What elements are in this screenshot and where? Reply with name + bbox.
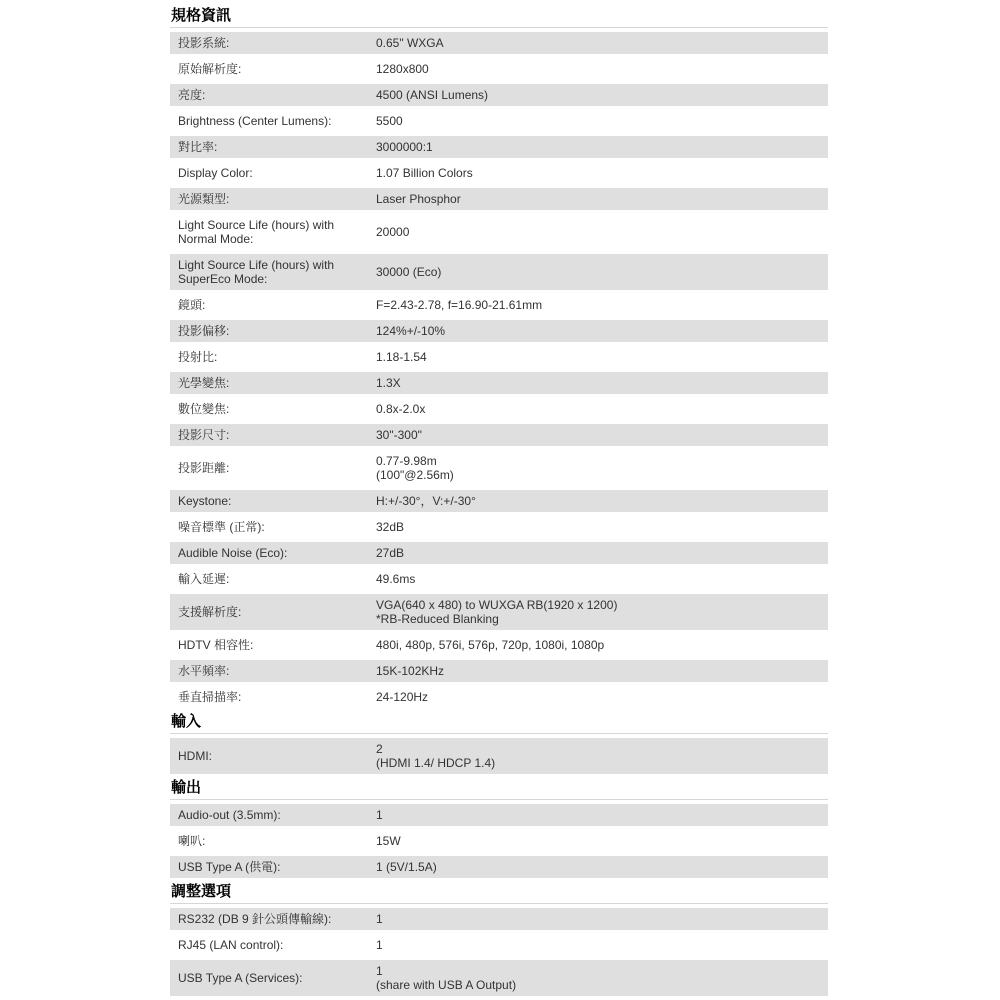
spec-row: USB Type A (Services): 1 (share with USB… bbox=[170, 960, 828, 996]
spec-row: 輸入延遲: 49.6ms bbox=[170, 568, 828, 590]
spec-value: 1280x800 bbox=[376, 62, 820, 76]
spec-section: 輸出 Audio-out (3.5mm): 1 喇叭: 15W USB Type… bbox=[170, 780, 828, 878]
spec-label: Audible Noise (Eco): bbox=[178, 546, 376, 560]
spec-value: 24-120Hz bbox=[376, 690, 820, 704]
spec-row: 光源類型: Laser Phosphor bbox=[170, 188, 828, 210]
spec-value-line: Laser Phosphor bbox=[376, 192, 820, 206]
spec-row: Light Source Life (hours) with SuperEco … bbox=[170, 254, 828, 290]
spec-row: RS232 (DB 9 針公頭傳輸線): 1 bbox=[170, 908, 828, 930]
spec-label: HDTV 相容性: bbox=[178, 638, 376, 652]
spec-label: 噪音標準 (正常): bbox=[178, 520, 376, 534]
spec-value-line: 32dB bbox=[376, 520, 820, 534]
spec-row: 鏡頭: F=2.43-2.78, f=16.90-21.61mm bbox=[170, 294, 828, 316]
spec-row: 噪音標準 (正常): 32dB bbox=[170, 516, 828, 538]
spec-value: 124%+/-10% bbox=[376, 324, 820, 338]
spec-row: 投影偏移: 124%+/-10% bbox=[170, 320, 828, 342]
spec-value-line: 124%+/-10% bbox=[376, 324, 820, 338]
spec-label: 亮度: bbox=[178, 88, 376, 102]
spec-value: 20000 bbox=[376, 225, 820, 239]
spec-value: 1 bbox=[376, 938, 820, 952]
spec-value: 1.3X bbox=[376, 376, 820, 390]
spec-value-line: 1 bbox=[376, 912, 820, 926]
section-title: 輸入 bbox=[170, 714, 828, 734]
spec-row: HDTV 相容性: 480i, 480p, 576i, 576p, 720p, … bbox=[170, 634, 828, 656]
spec-row: Display Color: 1.07 Billion Colors bbox=[170, 162, 828, 184]
spec-value: 0.65" WXGA bbox=[376, 36, 820, 50]
spec-label: Audio-out (3.5mm): bbox=[178, 808, 376, 822]
spec-label: 投影偏移: bbox=[178, 324, 376, 338]
spec-value-line: 30"-300" bbox=[376, 428, 820, 442]
spec-label: Light Source Life (hours) with Normal Mo… bbox=[178, 218, 376, 246]
spec-label: USB Type A (Services): bbox=[178, 971, 376, 985]
spec-value: 480i, 480p, 576i, 576p, 720p, 1080i, 108… bbox=[376, 638, 820, 652]
spec-row: 對比率: 3000000:1 bbox=[170, 136, 828, 158]
spec-label: 投影尺寸: bbox=[178, 428, 376, 442]
spec-row: Audio-out (3.5mm): 1 bbox=[170, 804, 828, 826]
spec-label: USB Type A (供電): bbox=[178, 860, 376, 874]
spec-value: 1 bbox=[376, 912, 820, 926]
spec-value: VGA(640 x 480) to WUXGA RB(1920 x 1200) … bbox=[376, 598, 820, 626]
spec-label: RS232 (DB 9 針公頭傳輸線): bbox=[178, 912, 376, 926]
spec-label: HDMI: bbox=[178, 749, 376, 763]
section-rows: Audio-out (3.5mm): 1 喇叭: 15W USB Type A … bbox=[170, 804, 828, 878]
spec-section: 輸入 HDMI: 2 (HDMI 1.4/ HDCP 1.4) bbox=[170, 714, 828, 774]
section-rows: RS232 (DB 9 針公頭傳輸線): 1 RJ45 (LAN control… bbox=[170, 908, 828, 996]
spec-value-line: 1 bbox=[376, 964, 820, 978]
spec-label: Display Color: bbox=[178, 166, 376, 180]
spec-value-line: 0.65" WXGA bbox=[376, 36, 820, 50]
spec-page: 規格資訊 投影系統: 0.65" WXGA 原始解析度: 1280x800 亮度… bbox=[170, 8, 828, 996]
spec-value-line: 1 bbox=[376, 938, 820, 952]
spec-row: 光學變焦: 1.3X bbox=[170, 372, 828, 394]
spec-row: USB Type A (供電): 1 (5V/1.5A) bbox=[170, 856, 828, 878]
spec-row: 數位變焦: 0.8x-2.0x bbox=[170, 398, 828, 420]
spec-value: 32dB bbox=[376, 520, 820, 534]
spec-row: 投影系統: 0.65" WXGA bbox=[170, 32, 828, 54]
spec-value: 49.6ms bbox=[376, 572, 820, 586]
spec-value-line: 27dB bbox=[376, 546, 820, 560]
spec-row: 亮度: 4500 (ANSI Lumens) bbox=[170, 84, 828, 106]
spec-value-line: 2 bbox=[376, 742, 820, 756]
spec-value: 5500 bbox=[376, 114, 820, 128]
spec-row: HDMI: 2 (HDMI 1.4/ HDCP 1.4) bbox=[170, 738, 828, 774]
spec-row: 原始解析度: 1280x800 bbox=[170, 58, 828, 80]
spec-value: H:+/-30°，V:+/-30° bbox=[376, 494, 820, 508]
spec-label: Light Source Life (hours) with SuperEco … bbox=[178, 258, 376, 286]
spec-value: 3000000:1 bbox=[376, 140, 820, 154]
spec-row: 支援解析度: VGA(640 x 480) to WUXGA RB(1920 x… bbox=[170, 594, 828, 630]
section-rows: HDMI: 2 (HDMI 1.4/ HDCP 1.4) bbox=[170, 738, 828, 774]
spec-value-line: 4500 (ANSI Lumens) bbox=[376, 88, 820, 102]
spec-label: 支援解析度: bbox=[178, 605, 376, 619]
spec-value-line: 1 bbox=[376, 808, 820, 822]
spec-section: 規格資訊 投影系統: 0.65" WXGA 原始解析度: 1280x800 亮度… bbox=[170, 8, 828, 708]
spec-label: 鏡頭: bbox=[178, 298, 376, 312]
spec-value-line: H:+/-30°，V:+/-30° bbox=[376, 494, 820, 508]
spec-row: 喇叭: 15W bbox=[170, 830, 828, 852]
spec-row: 投影尺寸: 30"-300" bbox=[170, 424, 828, 446]
spec-value: 4500 (ANSI Lumens) bbox=[376, 88, 820, 102]
spec-value-line: 1280x800 bbox=[376, 62, 820, 76]
spec-value-line: 5500 bbox=[376, 114, 820, 128]
spec-value: 1 bbox=[376, 808, 820, 822]
spec-value: 27dB bbox=[376, 546, 820, 560]
section-rows: 投影系統: 0.65" WXGA 原始解析度: 1280x800 亮度: 450… bbox=[170, 32, 828, 708]
spec-label: 喇叭: bbox=[178, 834, 376, 848]
section-title: 輸出 bbox=[170, 780, 828, 800]
spec-value-line: F=2.43-2.78, f=16.90-21.61mm bbox=[376, 298, 820, 312]
spec-label: 投射比: bbox=[178, 350, 376, 364]
spec-section: 調整選項 RS232 (DB 9 針公頭傳輸線): 1 RJ45 (LAN co… bbox=[170, 884, 828, 996]
spec-value-line: 0.8x-2.0x bbox=[376, 402, 820, 416]
spec-label: 水平頻率: bbox=[178, 664, 376, 678]
spec-label: RJ45 (LAN control): bbox=[178, 938, 376, 952]
spec-value: 15W bbox=[376, 834, 820, 848]
spec-row: RJ45 (LAN control): 1 bbox=[170, 934, 828, 956]
spec-value: 0.8x-2.0x bbox=[376, 402, 820, 416]
spec-value-line: 24-120Hz bbox=[376, 690, 820, 704]
spec-label: 投影系統: bbox=[178, 36, 376, 50]
section-title: 規格資訊 bbox=[170, 8, 828, 28]
spec-value-line: 15K-102KHz bbox=[376, 664, 820, 678]
spec-value: 15K-102KHz bbox=[376, 664, 820, 678]
spec-value: 1 (5V/1.5A) bbox=[376, 860, 820, 874]
spec-value: 30000 (Eco) bbox=[376, 265, 820, 279]
spec-value: 30"-300" bbox=[376, 428, 820, 442]
spec-value: 0.77-9.98m (100"@2.56m) bbox=[376, 454, 820, 482]
spec-row: 垂直掃描率: 24-120Hz bbox=[170, 686, 828, 708]
spec-value-line: 1.07 Billion Colors bbox=[376, 166, 820, 180]
spec-label: 光學變焦: bbox=[178, 376, 376, 390]
spec-value-line: 1.3X bbox=[376, 376, 820, 390]
spec-value-line: 49.6ms bbox=[376, 572, 820, 586]
spec-row: 投射比: 1.18-1.54 bbox=[170, 346, 828, 368]
spec-value-line-2: *RB-Reduced Blanking bbox=[376, 612, 820, 626]
spec-value: 1.07 Billion Colors bbox=[376, 166, 820, 180]
spec-value: 1 (share with USB A Output) bbox=[376, 964, 820, 992]
spec-label: 輸入延遲: bbox=[178, 572, 376, 586]
spec-value-line-2: (share with USB A Output) bbox=[376, 978, 820, 992]
section-title: 調整選項 bbox=[170, 884, 828, 904]
spec-value: F=2.43-2.78, f=16.90-21.61mm bbox=[376, 298, 820, 312]
spec-value-line: 20000 bbox=[376, 225, 820, 239]
spec-value-line: 1 (5V/1.5A) bbox=[376, 860, 820, 874]
spec-value-line-2: (HDMI 1.4/ HDCP 1.4) bbox=[376, 756, 820, 770]
spec-value-line: 480i, 480p, 576i, 576p, 720p, 1080i, 108… bbox=[376, 638, 820, 652]
spec-label: Keystone: bbox=[178, 494, 376, 508]
spec-value-line: VGA(640 x 480) to WUXGA RB(1920 x 1200) bbox=[376, 598, 820, 612]
spec-value-line: 1.18-1.54 bbox=[376, 350, 820, 364]
spec-row: 水平頻率: 15K-102KHz bbox=[170, 660, 828, 682]
spec-row: 投影距離: 0.77-9.98m (100"@2.56m) bbox=[170, 450, 828, 486]
spec-value: Laser Phosphor bbox=[376, 192, 820, 206]
spec-value-line: 15W bbox=[376, 834, 820, 848]
spec-row: Brightness (Center Lumens): 5500 bbox=[170, 110, 828, 132]
spec-label: 投影距離: bbox=[178, 461, 376, 475]
spec-value-line: 0.77-9.98m bbox=[376, 454, 820, 468]
spec-value-line: 30000 (Eco) bbox=[376, 265, 820, 279]
spec-label: 數位變焦: bbox=[178, 402, 376, 416]
spec-label: 對比率: bbox=[178, 140, 376, 154]
spec-label: 光源類型: bbox=[178, 192, 376, 206]
spec-row: Light Source Life (hours) with Normal Mo… bbox=[170, 214, 828, 250]
spec-row: Keystone: H:+/-30°，V:+/-30° bbox=[170, 490, 828, 512]
spec-value: 2 (HDMI 1.4/ HDCP 1.4) bbox=[376, 742, 820, 770]
spec-row: Audible Noise (Eco): 27dB bbox=[170, 542, 828, 564]
spec-value: 1.18-1.54 bbox=[376, 350, 820, 364]
spec-value-line-2: (100"@2.56m) bbox=[376, 468, 820, 482]
spec-value-line: 3000000:1 bbox=[376, 140, 820, 154]
spec-label: 原始解析度: bbox=[178, 62, 376, 76]
spec-label: Brightness (Center Lumens): bbox=[178, 114, 376, 128]
spec-label: 垂直掃描率: bbox=[178, 690, 376, 704]
